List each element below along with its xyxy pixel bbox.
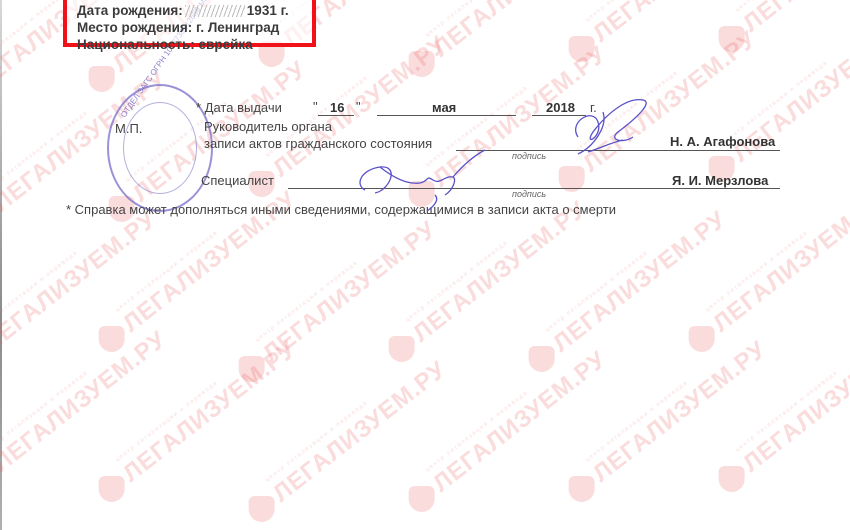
head-name: Н. А. Агафонова <box>670 134 775 149</box>
birth-place-line: Место рождения: г. Ленинград <box>77 19 312 36</box>
quote-close: " <box>356 99 361 114</box>
specialist-role: Специалист <box>201 173 274 188</box>
footnote: * Справка может дополняться иными сведен… <box>66 202 616 217</box>
specialist-signature-caption: подпись <box>512 189 546 199</box>
document-body: * Дата выдачи " 16 " мая 2018 г. М.П. Ру… <box>0 0 850 530</box>
issue-month: мая <box>432 100 456 115</box>
issue-date-label: * Дата выдачи <box>196 100 282 115</box>
head-role-line1: Руководитель органа <box>204 119 332 134</box>
highlight-box: Дата рождения:1931 г. Место рождения: г.… <box>63 0 316 47</box>
redacted-date <box>185 5 245 17</box>
birth-year: 1931 г. <box>247 3 289 18</box>
nationality-line: Национальность: еврейка <box>77 36 312 53</box>
head-signature <box>548 92 658 162</box>
specialist-signature <box>345 145 495 215</box>
month-underline <box>377 115 516 116</box>
head-signature-caption: подпись <box>512 151 546 161</box>
birth-date-line: Дата рождения:1931 г. <box>77 2 312 19</box>
seal-label: М.П. <box>115 121 142 136</box>
day-underline <box>318 115 354 116</box>
birth-date-label: Дата рождения: <box>77 3 183 18</box>
specialist-name: Я. И. Мерзлова <box>672 173 768 188</box>
issue-day: 16 <box>330 100 344 115</box>
quote-open: " <box>313 99 318 114</box>
